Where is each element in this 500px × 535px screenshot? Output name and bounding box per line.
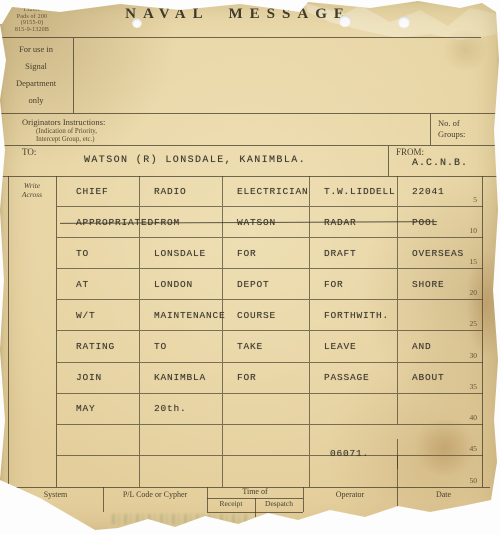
word-count-number: 45 — [470, 444, 478, 453]
message-grid-rows: CHIEFRADIOELECTRICIANT.W.LIDDELL220415AP… — [57, 176, 483, 487]
number-of-groups-label: No. of Groups: — [438, 118, 465, 140]
signal-department-label: For use in Signal Department only — [0, 41, 72, 109]
message-word-cell: LEAVE — [310, 331, 398, 361]
message-row: MAY20th.40 — [57, 394, 483, 425]
message-word-cell: FOR — [310, 269, 398, 299]
message-word-cell: TAKE — [223, 331, 310, 361]
operator-label: Operator — [303, 487, 397, 512]
originators-sub-line: (Indication of Priority, — [36, 128, 97, 135]
faint-stamp — [112, 514, 250, 524]
message-word-cell: FOR — [223, 238, 310, 268]
message-word-cell: MAY — [57, 394, 140, 424]
to-label: TO: — [22, 147, 36, 157]
originators-instructions-label: Originators Instructions: — [22, 117, 105, 127]
message-word-cell: 22041 — [398, 176, 483, 206]
imprint-line: 815-9-1320B — [4, 27, 60, 34]
message-word-cell — [140, 456, 223, 487]
groups-label-line: Groups: — [438, 129, 465, 140]
message-word-cell: CHIEF — [57, 176, 140, 206]
message-row: CHIEFRADIOELECTRICIANT.W.LIDDELL220415 — [57, 176, 483, 207]
word-count-number: 30 — [470, 351, 478, 360]
signal-label-line: Signal — [0, 58, 72, 75]
from-box-divider — [388, 146, 389, 176]
message-word-cell — [140, 425, 223, 455]
message-word-cell — [57, 456, 140, 487]
message-row: RATINGTOTAKELEAVEAND30 — [57, 331, 483, 362]
word-count-number: 40 — [470, 413, 478, 422]
despatch-label: Despatch — [257, 499, 301, 508]
time-of-label: Time of — [242, 487, 267, 496]
word-count-number: 5 — [473, 195, 477, 204]
message-row: 06071.45 — [57, 425, 483, 456]
section-rule — [0, 145, 497, 146]
to-value: WATSON (R) LONSDALE, KANIMBLA. — [84, 155, 306, 166]
message-word-cell: RATING — [57, 331, 140, 361]
punch-hole — [132, 18, 142, 28]
message-word-cell: MAINTENANCE — [140, 300, 223, 330]
punch-hole — [339, 15, 351, 27]
groups-box-divider — [430, 114, 431, 145]
message-word-cell — [223, 456, 310, 487]
originators-sub-line: Intercept Group, etc.) — [36, 136, 95, 143]
message-word-cell — [223, 425, 310, 455]
word-count-number: 20 — [470, 288, 478, 297]
signal-label-line: For use in — [0, 41, 72, 58]
message-row: ATLONDONDEPOTFORSHORE20 — [57, 269, 483, 300]
message-word-cell: T.W.LIDDELL — [310, 176, 398, 206]
message-word-cell: PASSAGE — [310, 363, 398, 393]
code-or-cypher-label: P/L Code or Cypher — [103, 487, 207, 512]
signal-label-line: only — [0, 92, 72, 109]
receipt-despatch-divider — [255, 498, 256, 517]
message-row: JOINKANIMBLAFORPASSAGEABOUT35 — [57, 363, 483, 394]
message-word-cell: DEPOT — [223, 269, 310, 299]
punch-hole — [398, 16, 410, 28]
message-row: 50 — [57, 456, 483, 487]
word-count-number: 50 — [470, 476, 478, 485]
message-word-cell: RADIO — [140, 176, 223, 206]
scanned-naval-message-form: 1320b. Pads of 200 (9155-0) 815-9-1320B … — [0, 0, 500, 535]
word-count-number: 35 — [470, 382, 478, 391]
message-row: APPROPRIATEDFROMWATSONRADARPOOL10 — [57, 207, 483, 238]
message-word-cell — [310, 456, 398, 487]
message-word-cell: W/T — [57, 300, 140, 330]
groups-label-line: No. of — [438, 118, 465, 129]
message-word-cell: LONDON — [140, 269, 223, 299]
paper-sheet: 1320b. Pads of 200 (9155-0) 815-9-1320B … — [0, 0, 500, 535]
time-of-box: Time of Receipt Despatch — [207, 487, 303, 513]
message-word-cell: LONSDALE — [140, 238, 223, 268]
message-row: W/TMAINTENANCECOURSEFORTHWITH.25 — [57, 300, 483, 331]
footer-row: System P/L Code or Cypher Time of Receip… — [8, 487, 490, 515]
message-word-cell: DRAFT — [310, 238, 398, 268]
word-count-number: 15 — [470, 257, 478, 266]
message-word-cell: COURSE — [223, 300, 310, 330]
message-grid: Write Across CHIEFRADIOELECTRICIANT.W.LI… — [8, 176, 483, 487]
message-word-cell: JOIN — [57, 363, 140, 393]
from-value: A.C.N.B. — [412, 158, 468, 169]
message-word-cell: FORTHWITH. — [310, 300, 398, 330]
message-word-cell: AT — [57, 269, 140, 299]
message-word-cell — [223, 394, 310, 424]
signal-label-line: Department — [0, 75, 72, 92]
section-rule — [0, 113, 497, 114]
from-label: FROM: — [396, 147, 424, 157]
message-word-cell: TO — [140, 331, 223, 361]
message-word-cell: KANIMBLA — [140, 363, 223, 393]
write-across-line: Across — [8, 191, 56, 200]
word-count-number: 25 — [470, 319, 478, 328]
message-word-cell — [57, 425, 140, 455]
message-word-cell: TO — [57, 238, 140, 268]
message-word-cell: 20th. — [140, 394, 223, 424]
message-word-cell: FOR — [223, 363, 310, 393]
message-word-cell: ELECTRICIAN — [223, 176, 310, 206]
word-count-number: 10 — [470, 226, 478, 235]
write-across-label: Write Across — [8, 176, 57, 487]
message-word-cell — [310, 394, 398, 424]
system-label: System — [8, 487, 103, 512]
receipt-label: Receipt — [209, 499, 253, 508]
signal-box-divider — [73, 38, 74, 113]
date-label: Date — [397, 487, 490, 512]
message-row: TOLONSDALEFORDRAFTOVERSEAS15 — [57, 238, 483, 269]
